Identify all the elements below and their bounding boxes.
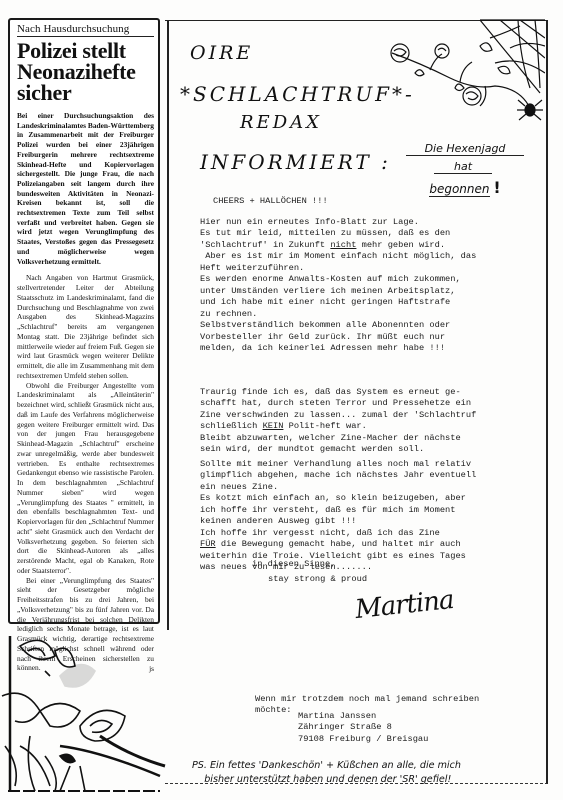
text-line: Ich hoffe ihr vergesst nicht, daß ich da…	[200, 528, 440, 538]
tagline-line-1: Die Hexenjagd	[406, 142, 524, 156]
postscript: PS. Ein fettes 'Dankeschön' + Küßchen an…	[192, 759, 461, 787]
headline-line: Neonazihefte	[17, 61, 154, 82]
postal-address: Martina Janssen Zähringer Straße 8 79108…	[298, 711, 428, 745]
clipping-lead: Bei einer Durchsuchungsaktion des Landes…	[17, 111, 154, 266]
text-line: Es kotzt mich einfach an, so klein beizu…	[200, 493, 466, 503]
clipping-paragraph: Nach Angaben von Hartmut Grasmück, stell…	[17, 273, 154, 380]
text-line: Es tut mir leid, mitteilen zu müssen, da…	[200, 228, 450, 238]
text-line: sein wird, der mundtot gemacht werden so…	[200, 444, 424, 454]
address-name: Martina Janssen	[298, 711, 376, 721]
greeting: CHEERS + HALLÖCHEN !!!	[213, 196, 328, 207]
emphasis-kein: KEIN	[263, 421, 284, 431]
text-line: Hier nun ein erneutes Info-Blatt zur Lag…	[200, 217, 419, 227]
text-line: Traurig finde ich es, daß das System es …	[200, 387, 461, 397]
rose-flowers-icon	[0, 626, 170, 796]
text-line: 'Schlachtruf' in Zukunft	[200, 240, 330, 250]
headline-line: sicher	[17, 82, 154, 103]
text-line: Selbstverständlich bekommen alle Abonenn…	[200, 320, 450, 330]
letter-body-paragraph-3: Sollte mit meiner Verhandlung alles noch…	[200, 459, 476, 574]
text-line: Wenn mir trotzdem noch mal jemand schrei…	[255, 694, 479, 704]
closing-line-1: in diesen Sinne,	[252, 559, 335, 570]
text-line: Bleibt abzuwarten, welcher Zine-Macher d…	[200, 433, 461, 443]
letter-frame-left-border	[167, 20, 169, 630]
rose-branch-spiderweb-spider-icon	[380, 18, 545, 123]
newspaper-clipping: Nach Hausdurchsuchung Polizei stellt Neo…	[8, 18, 160, 624]
title-line-1: OIRE	[190, 42, 253, 64]
ps-line: PS. Ein fettes 'Dankeschön' + Küßchen an…	[192, 760, 461, 771]
text-line: zu rechnen.	[200, 309, 257, 319]
text-line: Sollte mit meiner Verhandlung alles noch…	[200, 459, 471, 469]
text-line: die Bewegung gemacht habe, und haltet mi…	[216, 539, 461, 549]
ps-line: bisher unterstützt haben und denen der '…	[192, 774, 451, 785]
emphasis-nicht: nicht	[330, 240, 356, 250]
title-line-2: *SCHLACHTRUF*-	[180, 82, 415, 106]
tagline-line-2: hat	[434, 160, 492, 174]
text-line: Aber es ist mir im Moment einfach nicht …	[200, 251, 476, 261]
tagline-line-3: begonnen !	[410, 178, 520, 197]
text-line: unter Umständen verliere ich meinen Arbe…	[200, 286, 455, 296]
tagline-word: begonnen	[429, 182, 489, 197]
address-city: 79108 Freiburg / Breisgau	[298, 734, 428, 744]
closing-line-2: stay strong & proud	[268, 574, 367, 585]
headline-line: Polizei stellt	[17, 40, 154, 61]
text-line: schafft hat, durch steten Terror und Pre…	[200, 398, 471, 408]
text-line: Polit-heft war.	[283, 421, 366, 431]
text-line: möchte:	[255, 705, 292, 715]
text-line: Zine verschwinden zu lassen... zumal der…	[200, 410, 476, 420]
text-line: Es werden enorme Anwalts-Kosten auf mich…	[200, 274, 461, 284]
text-line: Heft weiterzuführen.	[200, 263, 304, 273]
emphasis-fuer: FÜR	[200, 539, 216, 549]
text-line: schließlich	[200, 421, 263, 431]
clipping-headline: Polizei stellt Neonazihefte sicher	[17, 40, 154, 103]
text-line: ein neues Zine.	[200, 482, 278, 492]
text-line: Vorbesteller ihr Geld zurück. Ihr müßt e…	[200, 332, 445, 342]
text-line: keinen anderen Ausweg gibt !!!	[200, 516, 356, 526]
scanned-document-page: Nach Hausdurchsuchung Polizei stellt Neo…	[0, 0, 563, 800]
letter-body-paragraph-1: Hier nun ein erneutes Info-Blatt zur Lag…	[200, 217, 476, 354]
text-line: glimpflich abgehen, mache ich nächstes J…	[200, 470, 476, 480]
text-line: und ich habe mit einer nicht geringen Ha…	[200, 297, 450, 307]
address-street: Zähringer Straße 8	[298, 722, 392, 732]
title-line-3: REDAX	[240, 112, 322, 133]
text-line: melden, da ich keinerlei Adressen mehr h…	[200, 343, 445, 353]
clipping-paragraph: Obwohl die Freiburger Angestellte vom La…	[17, 381, 154, 576]
clipping-kicker: Nach Hausdurchsuchung	[17, 23, 154, 37]
exclamation-mark: !	[493, 178, 500, 197]
letter-body-paragraph-2: Traurig finde ich es, daß das System es …	[200, 387, 476, 456]
title-line-4: INFORMIERT :	[200, 150, 391, 174]
text-line: mehr geben wird.	[356, 240, 445, 250]
text-line: ich hoffe ihr versteht, daß es für mich …	[200, 505, 455, 515]
